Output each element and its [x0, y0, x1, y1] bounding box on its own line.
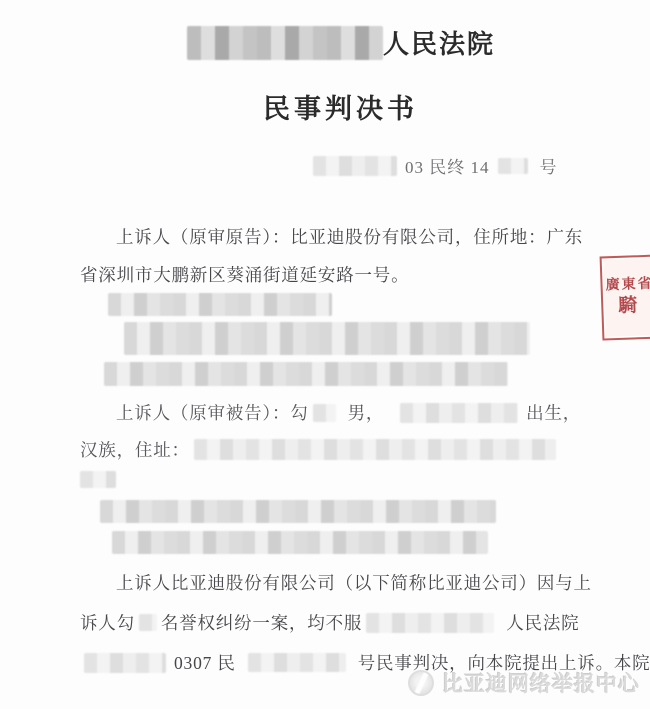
byd-report-center-watermark: 比亚迪网络举报中心	[408, 668, 640, 698]
appeal-line1-text: 上诉人比亚迪股份有限公司（以下简称比亚迪公司）因与上	[116, 570, 592, 595]
paragraph-appeal-line2: 诉人勾 名誉权纠纷一案，均不服 人民法院	[80, 610, 587, 635]
redaction-block-address-continued	[80, 471, 116, 488]
court-header-suffix: 人民法院	[383, 24, 495, 61]
judgment-document-page: 人民法院 民事判决书 03 民终 14 号 上诉人（原审原告）：比亚迪股份有限公…	[0, 0, 650, 709]
redaction-paragraph-a-line2	[124, 322, 530, 355]
redaction-paragraph-a-line1	[108, 293, 332, 316]
case-number-suffix: 号	[540, 153, 558, 178]
defendant-seg1-text: 上诉人（原审被告）：勾	[116, 400, 309, 425]
seal-text-row1: 廣東省	[605, 276, 650, 296]
seal-text-row2: 騎	[618, 294, 638, 319]
defendant-seg2-text: 男，	[348, 400, 385, 425]
redaction-paragraph-b-line2	[112, 531, 488, 554]
paragraph-defendant-line2: 汉族，住址：	[80, 437, 560, 462]
appeal-l2-seg3-text: 人民法院	[506, 610, 579, 635]
redaction-block-case-mid	[498, 158, 528, 174]
plaintiff-line1-text: 上诉人（原审原告）：比亚迪股份有限公司，住所地：广东	[116, 224, 583, 249]
paragraph-defendant-line1: 上诉人（原审被告）：勾 男， 出生，	[80, 400, 581, 425]
redaction-block-address	[194, 439, 556, 460]
redaction-block-case-year	[84, 653, 166, 673]
redaction-block-appellee-name	[139, 614, 157, 631]
redaction-paragraph-b-line1	[100, 500, 496, 523]
paragraph-appeal-line1: 上诉人比亚迪股份有限公司（以下简称比亚迪公司）因与上	[80, 570, 592, 595]
document-title: 民事判决书	[263, 87, 418, 126]
paragraph-plaintiff-line1: 上诉人（原审原告）：比亚迪股份有限公司，住所地：广东	[80, 224, 583, 249]
case-number-text: 03 民终 14	[405, 153, 490, 178]
redaction-block-court-name	[187, 26, 383, 60]
redaction-block-case-serial	[248, 653, 346, 672]
redaction-block-defendant-name	[313, 404, 336, 422]
case-number-line: 03 民终 14 号	[313, 153, 570, 178]
redaction-block-case-prefix	[313, 156, 397, 176]
redaction-block-birthdate	[400, 403, 518, 423]
redaction-paragraph-a-line3	[104, 362, 508, 386]
appeal-l2-seg2-text: 名誉权纠纷一案，均不服	[161, 610, 362, 635]
defendant-seg3-text: 出生，	[526, 400, 581, 425]
court-seam-seal: 廣東省 騎	[600, 253, 650, 340]
byd-globe-logo-icon	[408, 670, 434, 696]
redaction-block-lower-court	[366, 613, 494, 633]
plaintiff-line2-text: 省深圳市大鹏新区葵涌街道延安路一号。	[80, 262, 409, 287]
court-header-line: 人民法院	[187, 24, 495, 61]
defendant-line2-label: 汉族，住址：	[80, 437, 190, 462]
appeal-l3-seg1-text: 0307 民	[174, 650, 236, 675]
appeal-l2-seg1-text: 诉人勾	[80, 610, 135, 635]
paragraph-plaintiff-line2: 省深圳市大鹏新区葵涌街道延安路一号。	[80, 262, 409, 287]
watermark-text: 比亚迪网络举报中心	[442, 668, 640, 698]
